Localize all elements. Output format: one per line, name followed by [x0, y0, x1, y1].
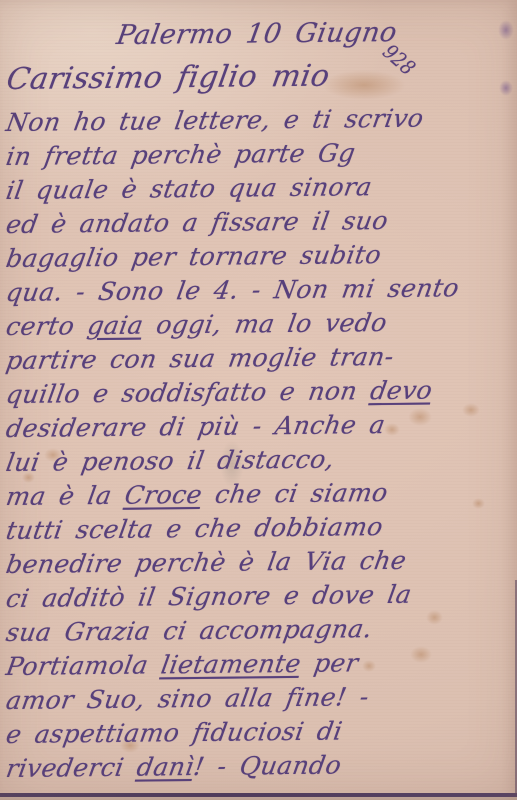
underlined-word: gaia: [85, 311, 145, 341]
letter-line: Portiamola lietamente per: [4, 648, 361, 681]
line-text: e aspettiamo fiduciosi di: [4, 716, 345, 749]
line-text: partire con sua moglie tran-: [4, 342, 396, 375]
foxing-stain: [410, 646, 432, 663]
line-text: rivederci: [4, 753, 140, 783]
line-text: ma è la: [4, 481, 127, 511]
line-text: benedire perchè è la Via che: [4, 546, 409, 579]
letter-line: ed è andato a fissare il suo: [4, 206, 390, 239]
letter-line: lui è penoso il distacco,: [4, 445, 337, 477]
letter-line: qua. - Sono le 4. - Non mi sento: [4, 273, 461, 307]
line-text: Portiamola: [4, 650, 164, 681]
line-text: quillo e soddisfatto e non: [4, 376, 373, 409]
line-text: qua. - Sono le 4. - Non mi sento: [4, 273, 461, 307]
foxing-stain: [362, 660, 376, 672]
letter-line: benedire perchè è la Via che: [4, 546, 409, 579]
line-text: sua Grazia ci accompagna.: [4, 614, 375, 647]
foxing-stain: [408, 408, 432, 426]
letter-line: rivederci danì! - Quando: [4, 751, 344, 783]
letter-line: bagaglio per tornare subito: [4, 240, 384, 273]
letter-line: ma è la Croce che ci siamo: [4, 478, 390, 511]
letter-line: in fretta perchè parte Gg: [4, 138, 358, 171]
letter-line: il quale è stato qua sinora: [4, 172, 374, 205]
line-text: ci additò il Signore e dove la: [4, 580, 414, 613]
underlined-word: Croce: [123, 480, 205, 510]
dateline-text: Palermo 10 Giugno: [114, 17, 399, 51]
line-text: ed è andato a fissare il suo: [4, 206, 390, 239]
line-text: che ci siamo: [200, 478, 391, 509]
line-text: bagaglio per tornare subito: [4, 240, 384, 273]
letter-line: partire con sua moglie tran-: [4, 342, 396, 375]
letter-line: e aspettiamo fiduciosi di: [4, 716, 345, 749]
ink-smudge: [498, 20, 514, 40]
letter-line: desiderare di più - Anche a: [4, 410, 388, 443]
foxing-stain: [322, 70, 406, 100]
foxing-stain: [384, 423, 400, 436]
letter-paper: Palermo 10 Giugno928 Carissimo figlio mi…: [0, 0, 517, 800]
letter-line: amor Suo, sino alla fine! -: [4, 682, 371, 715]
line-text: tutti scelta e che dobbiamo: [4, 512, 385, 545]
line-text: lui è penoso il distacco,: [4, 445, 337, 477]
letter-line: tutti scelta e che dobbiamo: [4, 512, 385, 545]
dateline: Palermo 10 Giugno928: [112, 17, 436, 65]
underlined-word: danì: [135, 752, 197, 782]
line-text: oggi, ma lo vedo: [141, 308, 389, 340]
foxing-stain: [462, 403, 480, 417]
foxing-stain: [472, 498, 485, 509]
line-text: il quale è stato qua sinora: [4, 172, 374, 205]
letter-line: ci additò il Signore e dove la: [4, 580, 414, 613]
line-text: Non ho tue lettere, e ti scrivo: [4, 104, 426, 137]
salutation-line: Carissimo figlio mio: [4, 59, 332, 97]
line-text: certo: [4, 311, 90, 341]
line-text: desiderare di più - Anche a: [4, 410, 388, 443]
underlined-word: lietamente: [159, 649, 303, 679]
letter-line: sua Grazia ci accompagna.: [4, 614, 375, 647]
letter-line: certo gaia oggi, ma lo vedo: [4, 308, 389, 341]
line-text: in fretta perchè parte Gg: [4, 138, 358, 171]
line-text: per: [298, 648, 360, 678]
underlined-word: devo: [368, 376, 434, 406]
letter-line: quillo e soddisfatto e non devo: [4, 376, 435, 409]
foxing-stain: [426, 610, 443, 625]
letter-line: Non ho tue lettere, e ti scrivo: [4, 104, 426, 137]
line-text: ! - Quando: [192, 751, 344, 782]
ink-smudge: [499, 80, 513, 96]
line-text: amor Suo, sino alla fine! -: [4, 682, 371, 715]
